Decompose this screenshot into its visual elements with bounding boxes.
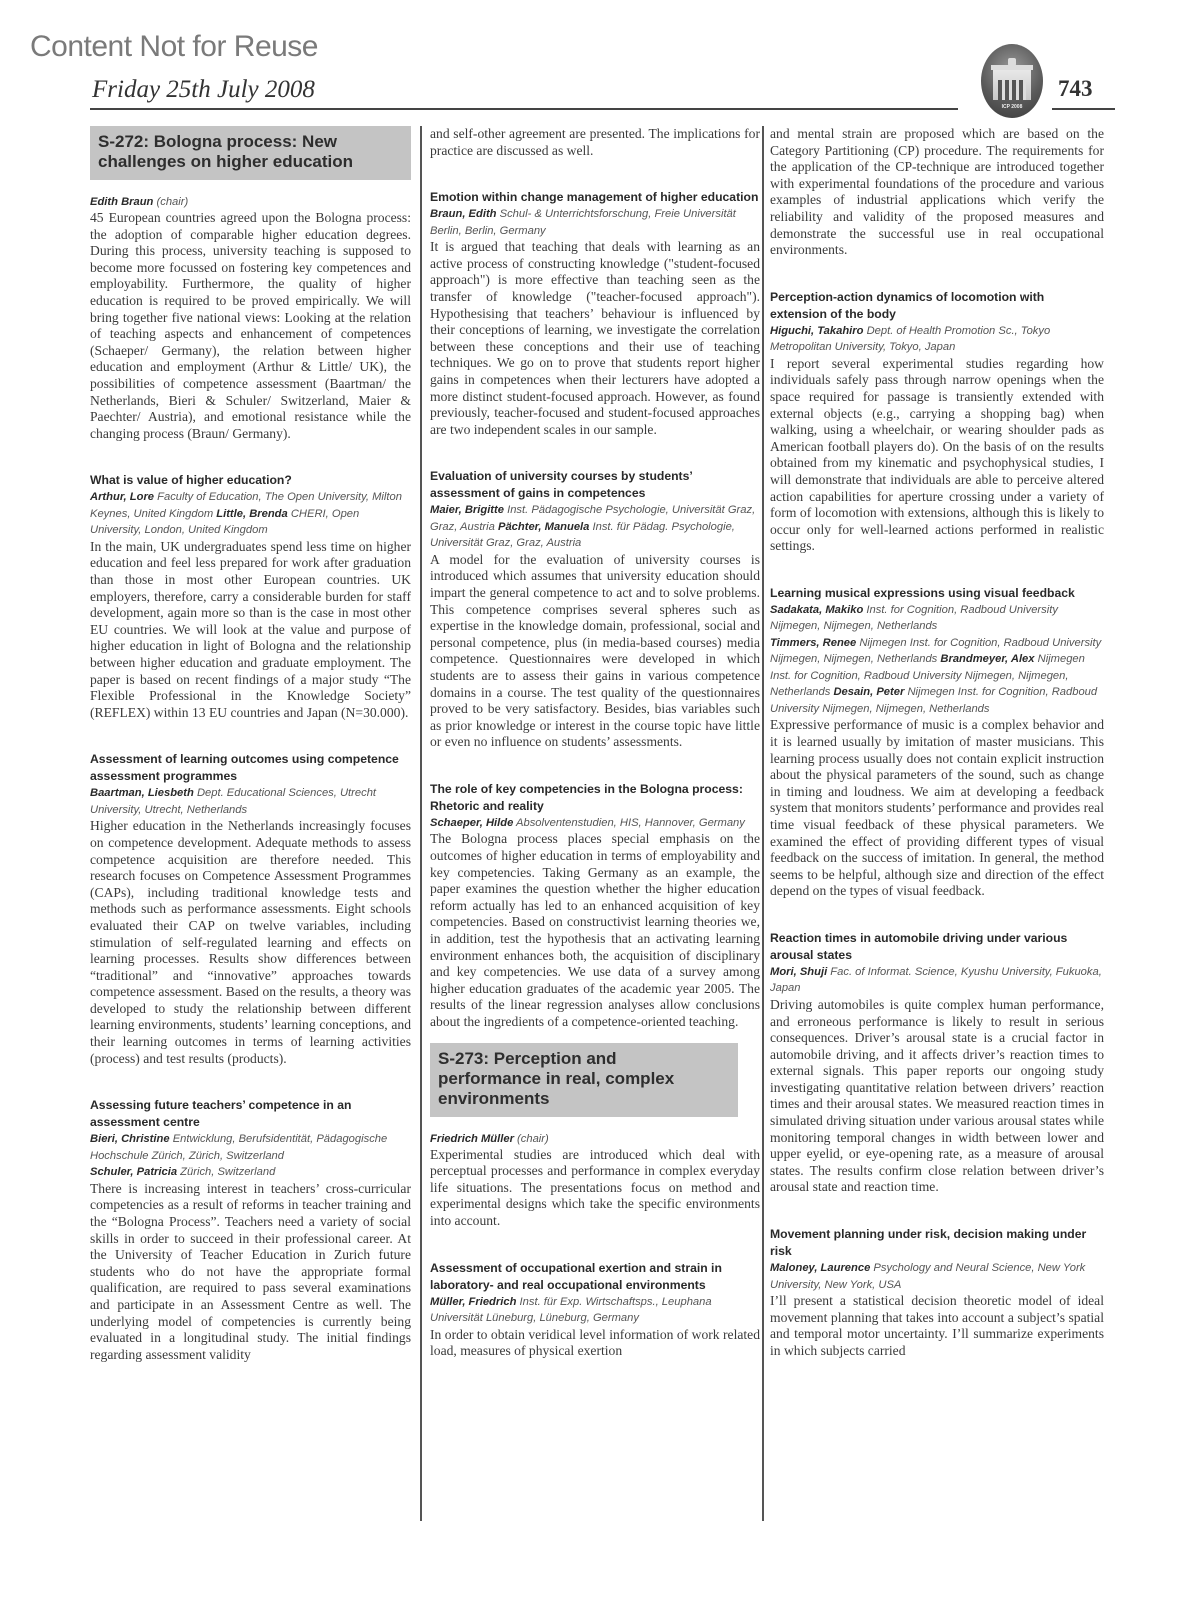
abstract-title: Assessment of occupational exertion and …: [430, 1260, 760, 1294]
abstract-body: I report several experimental studies re…: [770, 356, 1104, 555]
continuation: and mental strain are proposed which are…: [770, 126, 1104, 259]
abstract-body: Higher education in the Netherlands incr…: [90, 818, 411, 1067]
abstract-body: In the main, UK undergraduates spend les…: [90, 539, 411, 722]
abstract-body: A model for the evaluation of university…: [430, 552, 760, 751]
author-name: Maloney, Laurence: [770, 1262, 870, 1274]
column-divider: [420, 126, 422, 1521]
column-1: S-272: Bologna process: New challenges o…: [90, 126, 411, 1389]
abstract-title: Assessing future teachers’ competence in…: [90, 1097, 411, 1131]
abstract-authors: Higuchi, Takahiro Dept. of Health Promot…: [770, 323, 1104, 356]
author-name: Pächter, Manuela: [498, 521, 589, 533]
column-3: and mental strain are proposed which are…: [770, 126, 1104, 1385]
author-affiliation: Zürich, Switzerland: [180, 1166, 275, 1178]
chair-name: Friedrich Müller: [430, 1133, 514, 1145]
abstract-authors: Mori, Shuji Fac. of Informat. Science, K…: [770, 964, 1104, 997]
logo-text: ICP 2008: [981, 104, 1043, 110]
abstract-title: Learning musical expressions using visua…: [770, 585, 1104, 602]
session-abstract-body: 45 European countries agreed upon the Bo…: [90, 210, 411, 442]
abstract: Perception-action dynamics of locomotion…: [770, 289, 1104, 555]
abstract-authors: Sadakata, Makiko Inst. for Cognition, Ra…: [770, 602, 1104, 718]
author-name: Bieri, Christine: [90, 1133, 170, 1145]
watermark: Content Not for Reuse: [30, 30, 318, 64]
abstract-body: There is increasing interest in teachers…: [90, 1181, 411, 1364]
column-2: and self-other agreement are presented. …: [430, 126, 760, 1386]
abstract: Assessment of occupational exertion and …: [430, 1260, 760, 1360]
author-name: Sadakata, Makiko: [770, 604, 863, 616]
abstract: Movement planning under risk, decision m…: [770, 1226, 1104, 1359]
author-name: Desain, Peter: [833, 686, 904, 698]
session-chair: Friedrich Müller (chair): [430, 1131, 760, 1147]
abstract-authors: Baartman, Liesbeth Dept. Educational Sci…: [90, 785, 411, 818]
abstract-title: Assessment of learning outcomes using co…: [90, 751, 411, 785]
author-affiliation: Absolventenstudien, HIS, Hannover, Germa…: [516, 817, 745, 829]
session-intro: Friedrich Müller (chair) Experimental st…: [430, 1131, 760, 1230]
gate-shape: [993, 70, 1031, 100]
abstract: Assessing future teachers’ competence in…: [90, 1097, 411, 1363]
abstract: Emotion within change management of high…: [430, 189, 760, 438]
session-heading: S-273: Perception and performance in rea…: [430, 1043, 738, 1117]
chair-role: (chair): [517, 1133, 549, 1145]
author-name: Baartman, Liesbeth: [90, 787, 194, 799]
author-name: Braun, Edith: [430, 208, 497, 220]
session-abstract-body: Experimental studies are introduced whic…: [430, 1147, 760, 1230]
abstract-body: Driving automobiles is quite complex hum…: [770, 997, 1104, 1196]
abstract-authors: Maloney, Laurence Psychology and Neural …: [770, 1260, 1104, 1293]
abstract: Assessment of learning outcomes using co…: [90, 751, 411, 1067]
abstract: Learning musical expressions using visua…: [770, 585, 1104, 900]
author-name: Arthur, Lore: [90, 491, 154, 503]
abstract-title: Evaluation of university courses by stud…: [430, 468, 760, 502]
abstract-body: It is argued that teaching that deals wi…: [430, 239, 760, 438]
header-date: Friday 25th July 2008: [92, 76, 315, 104]
abstract: The role of key competencies in the Bolo…: [430, 781, 760, 1031]
abstract-authors: Bieri, Christine Entwicklung, Berufsiden…: [90, 1131, 411, 1181]
session-intro: Edith Braun (chair) 45 European countrie…: [90, 194, 411, 442]
abstract-authors: Maier, Brigitte Inst. Pädagogische Psych…: [430, 502, 760, 552]
chair-role: (chair): [157, 196, 189, 208]
abstract-title: Emotion within change management of high…: [430, 189, 760, 206]
abstract-title: Movement planning under risk, decision m…: [770, 1226, 1104, 1260]
abstract: Evaluation of university courses by stud…: [430, 468, 760, 751]
chair-name: Edith Braun: [90, 196, 153, 208]
author-name: Little, Brenda: [216, 508, 287, 520]
abstract-title: The role of key competencies in the Bolo…: [430, 781, 760, 815]
abstract-authors: Arthur, Lore Faculty of Education, The O…: [90, 489, 411, 539]
brandenburg-gate-icon: ICP 2008: [981, 44, 1043, 118]
author-name: Higuchi, Takahiro: [770, 325, 863, 337]
abstract-body: Expressive performance of music is a com…: [770, 717, 1104, 900]
continuation-body: and mental strain are proposed which are…: [770, 126, 1104, 259]
author-name: Müller, Friedrich: [430, 1296, 516, 1308]
author-name: Timmers, Renee: [770, 637, 856, 649]
page-number: 743: [1058, 76, 1093, 102]
continuation-body: and self-other agreement are presented. …: [430, 126, 760, 159]
author-name: Maier, Brigitte: [430, 504, 504, 516]
abstract-authors: Müller, Friedrich Inst. für Exp. Wirtsch…: [430, 1294, 760, 1327]
column-divider: [762, 126, 764, 1521]
abstract-title: Reaction times in automobile driving und…: [770, 930, 1104, 964]
author-name: Schuler, Patricia: [90, 1166, 177, 1178]
author-name: Brandmeyer, Alex: [940, 653, 1034, 665]
abstract-body: The Bologna process places special empha…: [430, 831, 760, 1030]
author-name: Mori, Shuji: [770, 966, 827, 978]
header-rule-right: [1052, 108, 1115, 110]
abstract-body: In order to obtain veridical level infor…: [430, 1327, 760, 1360]
abstract: What is value of higher education? Arthu…: [90, 472, 411, 721]
abstract-title: What is value of higher education?: [90, 472, 411, 489]
session-chair: Edith Braun (chair): [90, 194, 411, 210]
abstract-authors: Schaeper, Hilde Absolventenstudien, HIS,…: [430, 815, 760, 832]
header-rule: [90, 108, 958, 110]
author-name: Schaeper, Hilde: [430, 817, 513, 829]
abstract-body: I’ll present a statistical decision theo…: [770, 1293, 1104, 1359]
abstract: Reaction times in automobile driving und…: [770, 930, 1104, 1196]
session-heading: S-272: Bologna process: New challenges o…: [90, 126, 411, 180]
abstract-title: Perception-action dynamics of locomotion…: [770, 289, 1104, 323]
abstract-authors: Braun, Edith Schul- & Unterrichtsforschu…: [430, 206, 760, 239]
continuation: and self-other agreement are presented. …: [430, 126, 760, 159]
